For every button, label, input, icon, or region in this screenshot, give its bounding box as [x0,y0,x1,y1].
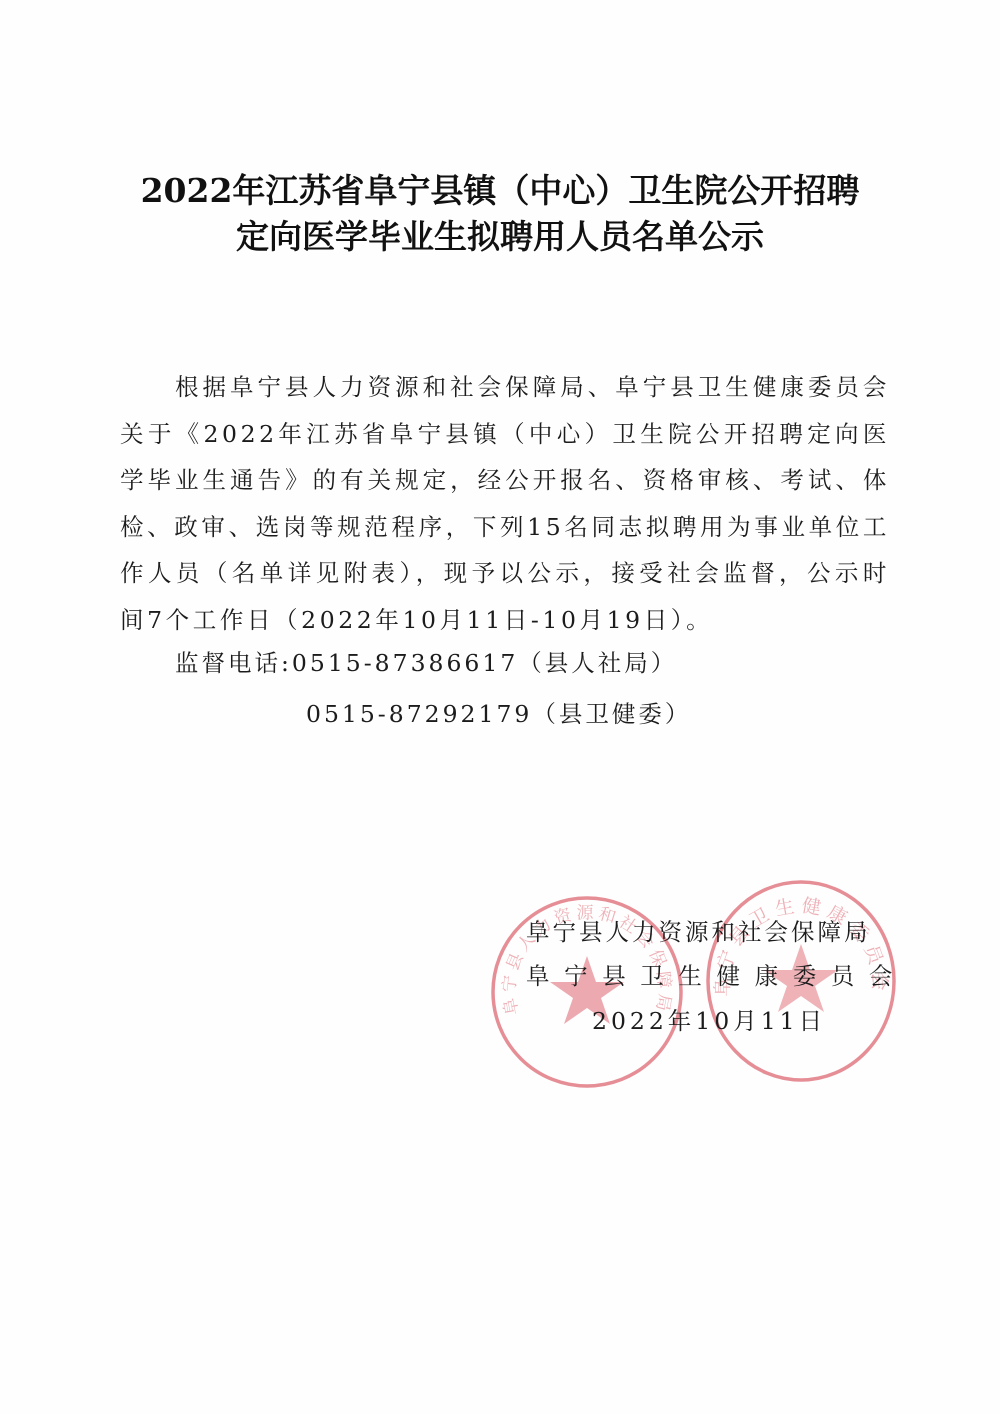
supervision-phone-2: 0515-87292179（县卫健委） [306,695,691,729]
signature-date: 2022年10月11日 [592,1002,826,1036]
document-title-line-2: 定向医学毕业生拟聘用人员名单公示 [0,214,1000,260]
document-title-line-1: 2022年江苏省阜宁县镇（中心）卫生院公开招聘 [0,168,1000,214]
body-paragraph: 根据阜宁县人力资源和社会保障局、阜宁县卫生健康委员会关于《2022年江苏省阜宁县… [120,364,890,644]
supervision-phone-1: 监督电话:0515-87386617（县人社局） [175,644,677,678]
signature-org-hrss: 阜宁县人力资源和社会保障局 [526,913,871,947]
document-page: 2022年江苏省阜宁县镇（中心）卫生院公开招聘 定向医学毕业生拟聘用人员名单公示… [0,0,1000,1414]
signature-org-health-commission: 阜宁县卫生健康委员会 [526,957,907,991]
